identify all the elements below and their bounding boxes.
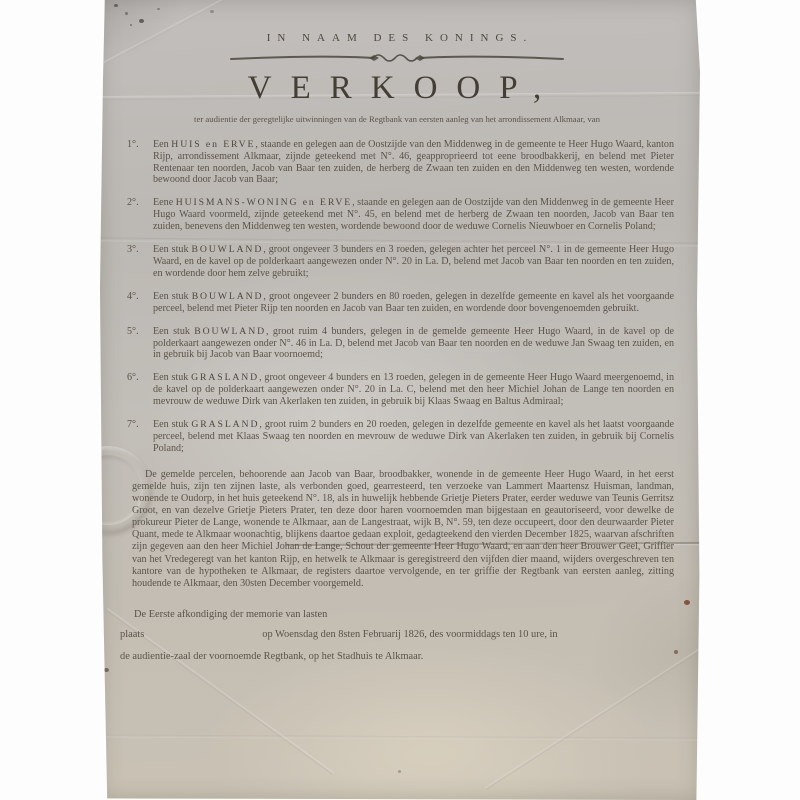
lot-number: 2°. <box>127 197 139 209</box>
printed-notice: IN NAAM DES KONINGS. VERKOOP, ter audien… <box>100 0 700 800</box>
footer-line-2-left: plaats <box>120 629 144 641</box>
lot-item-1: 1°.Een HUIS en ERVE, staande en gelegen … <box>120 139 674 187</box>
ornament-rule-wrap <box>120 51 674 70</box>
footer-line-3: de audientie-zaal der voornoemde Regtban… <box>120 651 674 663</box>
lot-item-5: 5°.Een stuk BOUWLAND, groot ruim 4 bunde… <box>120 326 674 362</box>
lot-item-2: 2°.Eene HUISMANS-WONING en ERVE, staande… <box>120 197 674 233</box>
lot-number: 6°. <box>127 372 139 384</box>
lot-keyword: BOUWLAND <box>192 291 264 302</box>
lot-list: 1°.Een HUIS en ERVE, staande en gelegen … <box>120 139 674 455</box>
document-photo-paper: IN NAAM DES KONINGS. VERKOOP, ter audien… <box>100 0 700 800</box>
lot-lead: Een stuk <box>153 372 191 383</box>
footer-line-2: plaats op Woensdag den 8sten Februarij 1… <box>120 629 674 641</box>
lot-item-7: 7°.Een stuk GRASLAND, groot ruim 2 bunde… <box>120 419 674 455</box>
lot-keyword: GRASLAND <box>191 372 259 383</box>
royal-heading: IN NAAM DES KONINGS. <box>126 32 674 44</box>
closing-paragraph: De gemelde percelen, behoorende aan Jaco… <box>132 469 674 590</box>
lot-item-4: 4°.Een stuk BOUWLAND, groot ongeveer 2 b… <box>120 291 674 315</box>
subtitle: ter audientie der geregtelijke uitwinnin… <box>157 114 637 126</box>
lot-keyword: HUISMANS-WONING en ERVE <box>176 197 352 208</box>
lot-lead: Een stuk <box>153 326 194 337</box>
lot-keyword: BOUWLAND <box>192 244 264 255</box>
footer-line-1: De Eerste afkondiging der memorie van la… <box>134 609 674 621</box>
lot-item-6: 6°.Een stuk GRASLAND, groot ongeveer 4 b… <box>120 372 674 408</box>
lot-lead: Een stuk <box>153 419 191 430</box>
lot-item-3: 3°.Een stuk BOUWLAND, groot ongeveer 3 b… <box>120 244 674 280</box>
ornament-rule <box>227 51 567 65</box>
page-title: VERKOOP, <box>134 70 674 107</box>
footer-line-2-right: op Woensdag den 8sten Februarij 1826, de… <box>262 629 557 641</box>
lot-keyword: HUIS en ERVE <box>171 139 255 150</box>
lot-keyword: GRASLAND <box>191 419 259 430</box>
lot-number: 7°. <box>127 419 139 431</box>
lot-number: 1°. <box>127 139 139 151</box>
lot-lead: Een stuk <box>153 244 192 255</box>
lot-number: 4°. <box>127 291 139 303</box>
lot-lead: Een stuk <box>153 291 192 302</box>
lot-number: 5°. <box>127 326 139 338</box>
lot-lead: Eene <box>153 197 176 208</box>
lot-keyword: BOUWLAND <box>194 326 266 337</box>
lot-lead: Een <box>153 139 171 150</box>
footer-blank-gap <box>144 629 262 641</box>
lot-number: 3°. <box>127 244 139 256</box>
footer-notice: De Eerste afkondiging der memorie van la… <box>120 609 674 663</box>
